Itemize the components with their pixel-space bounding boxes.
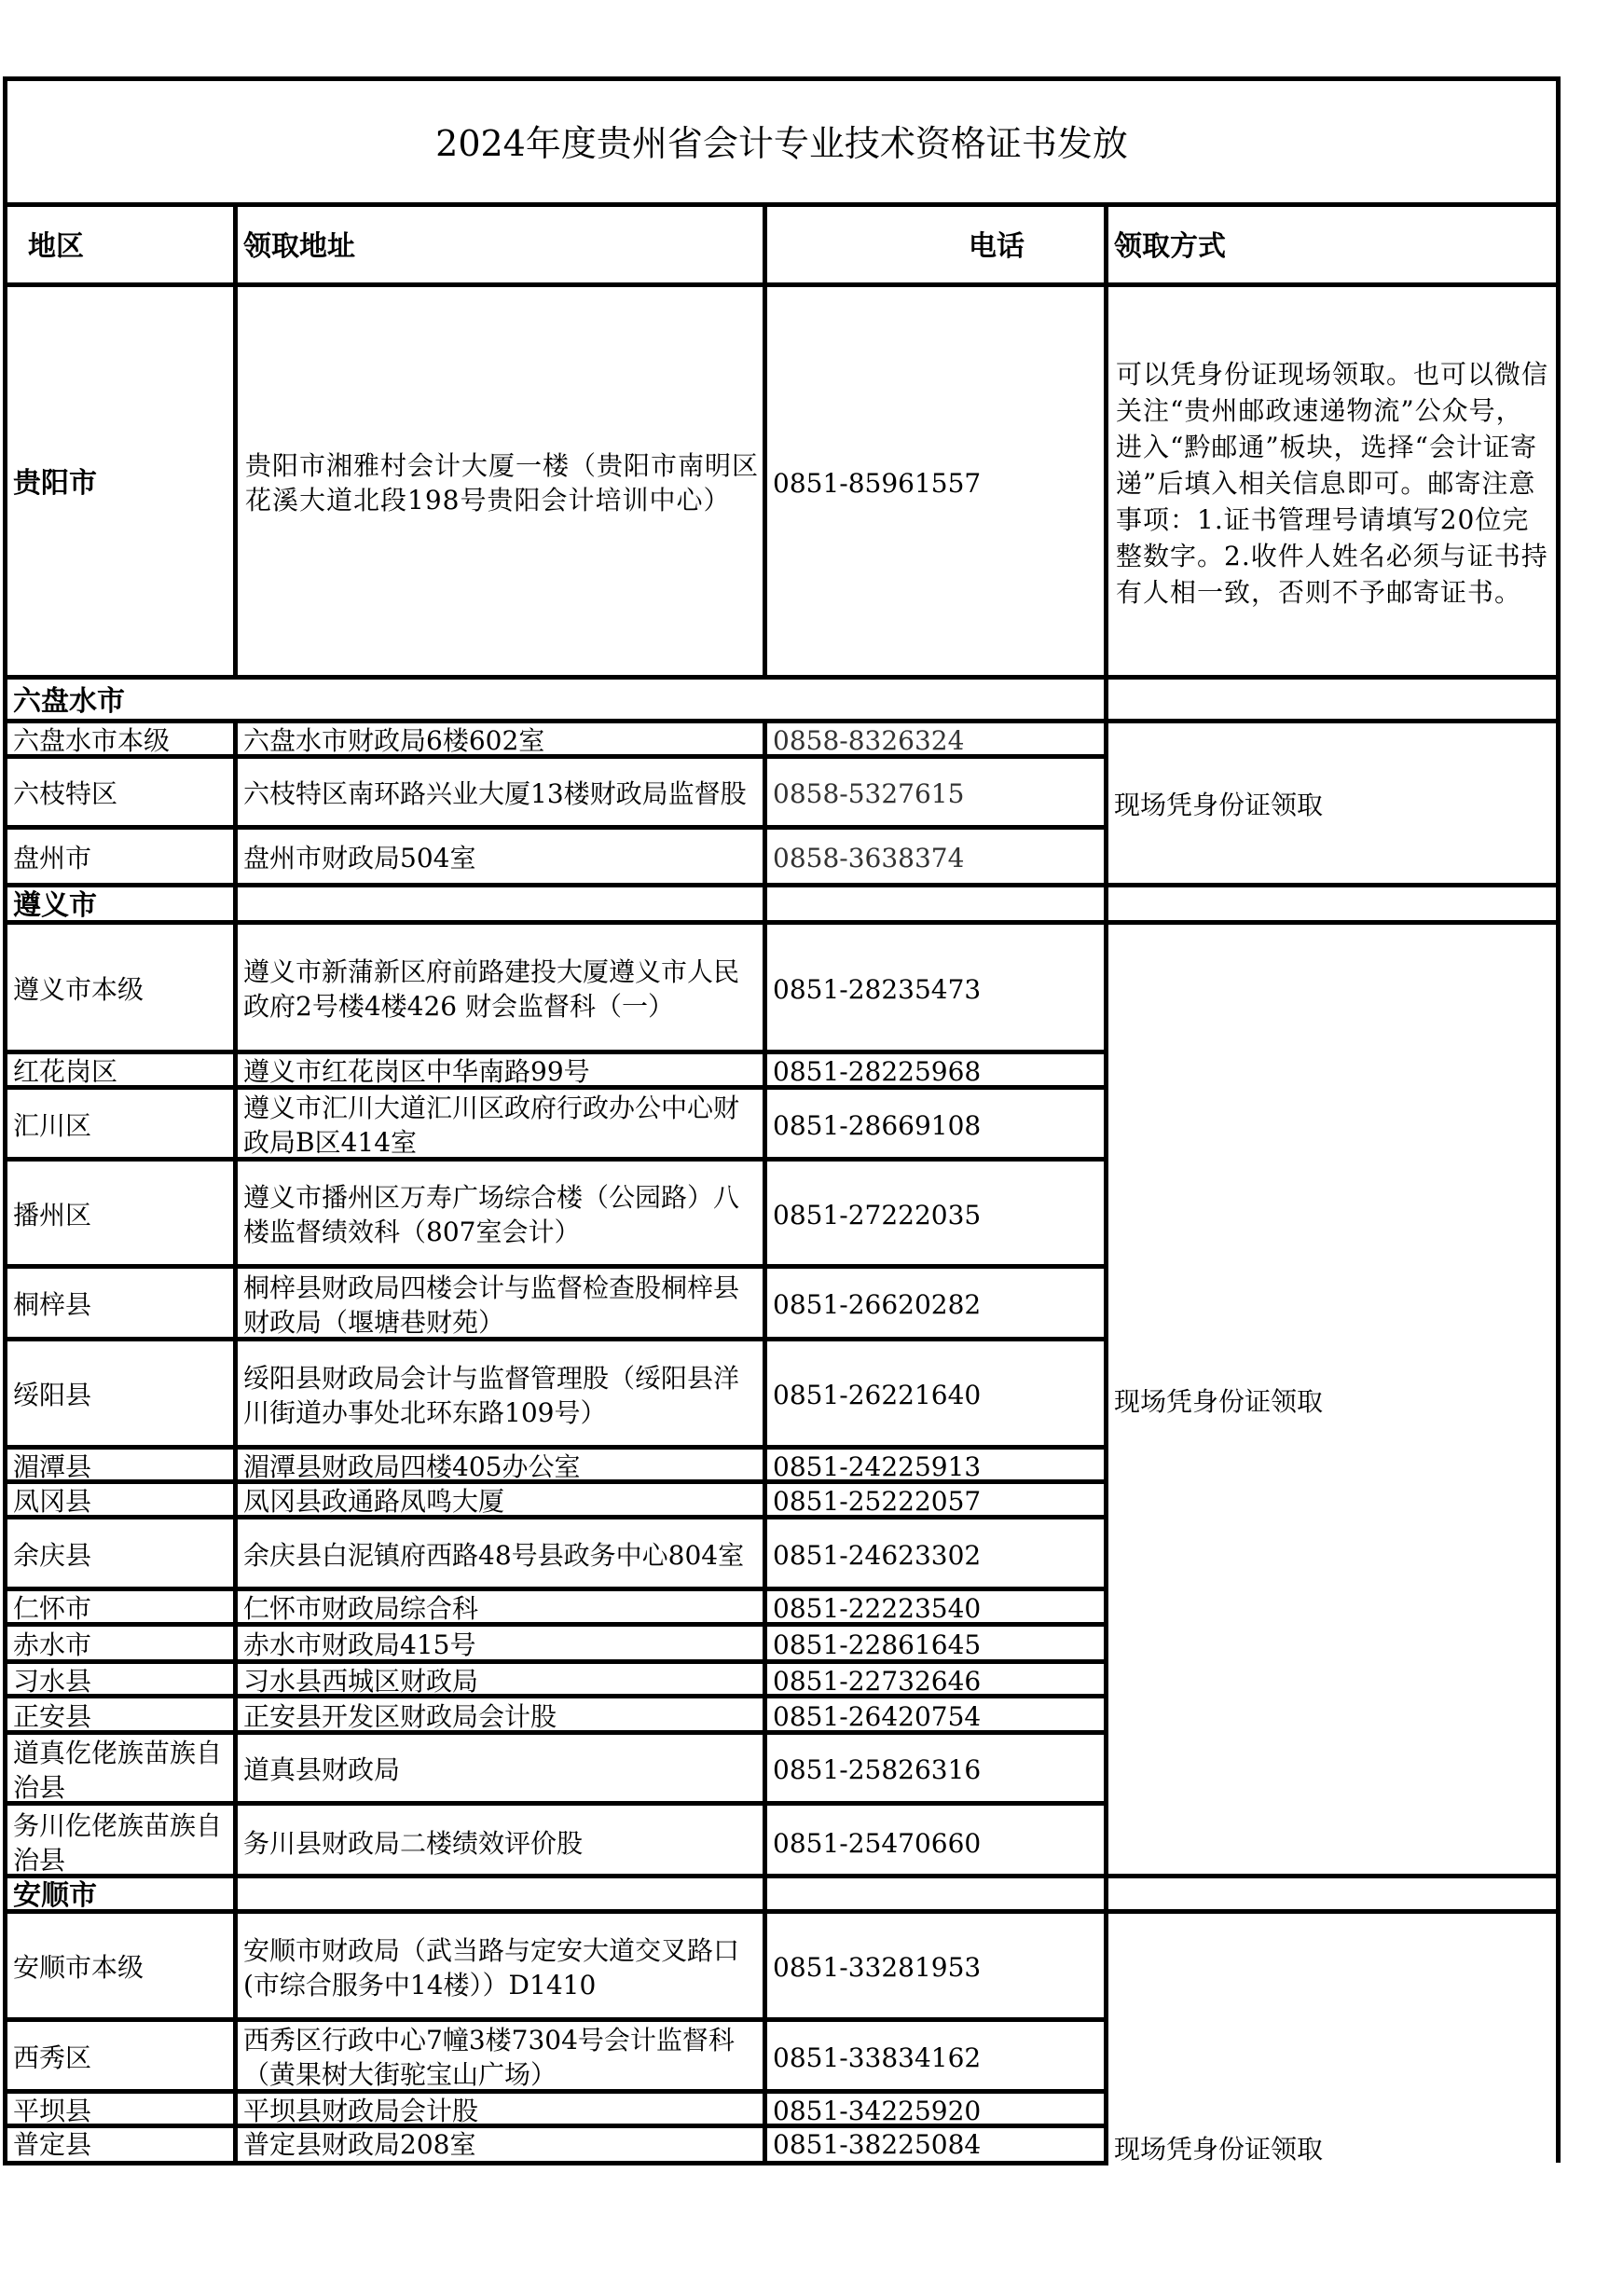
address-text: 遵义市播州区万寿广场综合楼（公园路）八楼监督绩效科（807室会计） — [243, 1180, 762, 1249]
address-text: 绥阳县财政局会计与监督管理股（绥阳县洋川街道办事处北环东路109号） — [243, 1361, 762, 1430]
table-row-region: 普定县 — [3, 2124, 238, 2165]
region-label: 桐梓县 — [13, 1287, 91, 1322]
phone-text: 0851-38225084 — [773, 2127, 981, 2162]
table-row-address: 遵义市播州区万寿广场综合楼（公园路）八楼监督绩效科（807室会计） — [233, 1157, 767, 1268]
table-row-region: 道真仡佬族苗族自治县 — [3, 1730, 238, 1805]
phone-text: 0851-85961557 — [773, 466, 981, 501]
table-row-region: 播州区 — [3, 1157, 238, 1268]
table-row-address: 遵义市汇川大道汇川区政府行政办公中心财政局B区414室 — [233, 1085, 767, 1161]
group-label: 六盘水市 — [13, 684, 125, 719]
table-row-address: 务川县财政局二楼绩效评价股 — [233, 1801, 767, 1880]
region-label: 六盘水市本级 — [13, 723, 170, 758]
address-text: 遵义市红花岗区中华南路99号 — [243, 1054, 590, 1089]
phone-text: 0851-24225913 — [773, 1450, 981, 1484]
region-label: 汇川区 — [13, 1108, 91, 1143]
method-anshun: 现场凭身份证领取 — [1104, 1909, 1561, 2163]
table-row-address: 遵义市新蒲新区府前路建投大厦遵义市人民政府2号楼4楼426 财会监督科（一） — [233, 920, 767, 1053]
phone-guiyang: 0851-85961557 — [763, 282, 1108, 679]
table-row-phone: 0851-26420754 — [763, 1694, 1108, 1734]
table-row-region: 赤水市 — [3, 1622, 238, 1663]
table-row-region: 遵义市本级 — [3, 920, 238, 1053]
table-row-region: 余庆县 — [3, 1515, 238, 1590]
address-text: 六枝特区南环路兴业大厦13楼财政局监督股 — [243, 777, 747, 811]
header-method: 领取方式 — [1104, 202, 1561, 286]
address-text: 西秀区行政中心7幢3楼7304号会计监督科（黄果树大街驼宝山广场） — [243, 2023, 762, 2092]
header-method-label: 领取方式 — [1114, 229, 1226, 264]
phone-text: 0851-25826316 — [773, 1753, 981, 1787]
table-row-address: 习水县西城区财政局 — [233, 1659, 767, 1698]
method-text: 可以凭身份证现场领取。也可以微信关注“贵州邮政速递物流”公众号，进入“黔邮通”板… — [1116, 356, 1548, 611]
group-anshun-phone-empty — [763, 1874, 1108, 1913]
region-label: 遵义市本级 — [13, 972, 144, 1007]
table-row-region: 六盘水市本级 — [3, 719, 238, 758]
table-row-region: 习水县 — [3, 1659, 238, 1698]
table-row-phone: 0858-5327615 — [763, 754, 1108, 829]
table-row-phone: 0851-28225968 — [763, 1050, 1108, 1089]
group-label: 遵义市 — [13, 888, 97, 923]
table-row-phone: 0851-24225913 — [763, 1445, 1108, 1483]
table-row-address: 六枝特区南环路兴业大厦13楼财政局监督股 — [233, 754, 767, 829]
table-row-region: 汇川区 — [3, 1085, 238, 1161]
region-label: 贵阳市 — [13, 466, 97, 501]
region-label: 平坝县 — [13, 2094, 91, 2128]
address-text: 贵阳市湘雅村会计大厦一楼（贵阳市南明区花溪大道北段198号贵阳会计培训中心） — [245, 448, 760, 517]
address-text: 遵义市新蒲新区府前路建投大厦遵义市人民政府2号楼4楼426 财会监督科（一） — [243, 955, 762, 1024]
region-label: 务川仡佬族苗族自治县 — [13, 1808, 232, 1877]
table-row-region: 红花岗区 — [3, 1050, 238, 1089]
address-text: 遵义市汇川大道汇川区政府行政办公中心财政局B区414室 — [243, 1091, 762, 1160]
region-label: 习水县 — [13, 1664, 91, 1698]
address-text: 仁怀市财政局综合科 — [243, 1591, 478, 1626]
table-row-region: 西秀区 — [3, 2017, 238, 2093]
address-text: 余庆县白泥镇府西路48号县政务中心804室 — [243, 1538, 744, 1573]
table-row-phone: 0851-22861645 — [763, 1622, 1108, 1663]
table-row-region: 绥阳县 — [3, 1337, 238, 1449]
table-row-phone: 0858-8326324 — [763, 719, 1108, 758]
address-guiyang: 贵阳市湘雅村会计大厦一楼（贵阳市南明区花溪大道北段198号贵阳会计培训中心） — [233, 282, 767, 679]
group-anshun-address-empty — [233, 1874, 767, 1913]
table-row-phone: 0851-27222035 — [763, 1157, 1108, 1268]
region-label: 赤水市 — [13, 1628, 91, 1662]
address-text: 盘州市财政局504室 — [243, 841, 475, 875]
method-zunyi: 现场凭身份证领取 — [1104, 920, 1561, 1877]
header-region-label: 地区 — [28, 229, 84, 264]
header-address: 领取地址 — [233, 202, 767, 286]
phone-text: 0851-28225968 — [773, 1054, 981, 1089]
table-row-address: 西秀区行政中心7幢3楼7304号会计监督科（黄果树大街驼宝山广场） — [233, 2017, 767, 2093]
phone-text: 0851-33281953 — [773, 1950, 981, 1985]
table-row-phone: 0851-24623302 — [763, 1515, 1108, 1590]
phone-text: 0851-26420754 — [773, 1699, 981, 1734]
region-label: 安顺市本级 — [13, 1950, 144, 1985]
table-row-phone: 0851-25470660 — [763, 1801, 1108, 1880]
table-row-address: 仁怀市财政局综合科 — [233, 1587, 767, 1626]
table-row-phone: 0851-22223540 — [763, 1587, 1108, 1626]
table-row-phone: 0851-25826316 — [763, 1730, 1108, 1805]
table-row-phone: 0851-28235473 — [763, 920, 1108, 1053]
table-row-address: 余庆县白泥镇府西路48号县政务中心804室 — [233, 1515, 767, 1590]
table-row-region: 仁怀市 — [3, 1587, 238, 1626]
table-row-phone: 0851-28669108 — [763, 1085, 1108, 1161]
method-text: 现场凭身份证领取 — [1114, 788, 1323, 822]
group-liupanshui-method-empty — [1104, 675, 1561, 722]
header-address-label: 领取地址 — [243, 229, 355, 264]
table-row-region: 湄潭县 — [3, 1445, 238, 1483]
phone-text: 0851-26620282 — [773, 1287, 981, 1322]
phone-text: 0851-25222057 — [773, 1484, 981, 1519]
table-row-region: 桐梓县 — [3, 1264, 238, 1340]
phone-text: 0858-3638374 — [773, 841, 964, 875]
address-text: 正安县开发区财政局会计股 — [243, 1699, 557, 1734]
table-row-phone: 0858-3638374 — [763, 825, 1108, 887]
address-text: 习水县西城区财政局 — [243, 1664, 478, 1698]
title-text: 2024年度贵州省会计专业技术资格证书发放 — [435, 127, 1128, 161]
table-row-region: 安顺市本级 — [3, 1909, 238, 2021]
method-text: 现场凭身份证领取 — [1114, 2132, 1323, 2163]
method-liupanshui: 现场凭身份证领取 — [1104, 719, 1561, 887]
table-row-phone: 0851-22732646 — [763, 1659, 1108, 1698]
phone-text: 0851-28235473 — [773, 972, 981, 1007]
group-zunyi-phone-empty — [763, 883, 1108, 924]
table-row-region: 盘州市 — [3, 825, 238, 887]
region-label: 盘州市 — [13, 841, 91, 875]
table-row-address: 遵义市红花岗区中华南路99号 — [233, 1050, 767, 1089]
phone-text: 0851-27222035 — [773, 1198, 981, 1232]
phone-text: 0851-34225920 — [773, 2094, 981, 2128]
phone-text: 0851-22861645 — [773, 1628, 981, 1662]
table-row-region: 六枝特区 — [3, 754, 238, 829]
table-row-address: 湄潭县财政局四楼405办公室 — [233, 1445, 767, 1483]
phone-text: 0851-22732646 — [773, 1664, 981, 1698]
region-label: 普定县 — [13, 2127, 91, 2162]
certificate-distribution-table: 2024年度贵州省会计专业技术资格证书发放 地区 领取地址 电话 领取方式 贵阳… — [0, 0, 1623, 2296]
table-row-address: 绥阳县财政局会计与监督管理股（绥阳县洋川街道办事处北环东路109号） — [233, 1337, 767, 1449]
group-zunyi: 遵义市 — [3, 883, 238, 924]
table-row-region: 平坝县 — [3, 2089, 238, 2127]
header-region: 地区 — [3, 202, 238, 286]
address-text: 安顺市财政局（武当路与定安大道交叉路口(市综合服务中14楼））D1410 — [243, 1933, 762, 2002]
header-phone: 电话 — [763, 202, 1108, 286]
table-row-phone: 0851-33281953 — [763, 1909, 1108, 2021]
group-anshun-method-empty — [1104, 1874, 1561, 1913]
header-phone-label: 电话 — [969, 229, 1025, 264]
region-guiyang: 贵阳市 — [3, 282, 238, 679]
table-row-address: 安顺市财政局（武当路与定安大道交叉路口(市综合服务中14楼））D1410 — [233, 1909, 767, 2021]
region-label: 西秀区 — [13, 2041, 91, 2075]
region-label: 仁怀市 — [13, 1591, 91, 1626]
table-row-phone: 0851-26221640 — [763, 1337, 1108, 1449]
table-row-address: 桐梓县财政局四楼会计与监督检查股桐梓县财政局（堰塘巷财苑） — [233, 1264, 767, 1340]
table-row-address: 平坝县财政局会计股 — [233, 2089, 767, 2127]
region-label: 红花岗区 — [13, 1054, 117, 1089]
table-row-region: 务川仡佬族苗族自治县 — [3, 1801, 238, 1880]
table-row-address: 道真县财政局 — [233, 1730, 767, 1805]
group-anshun: 安顺市 — [3, 1874, 238, 1913]
region-label: 湄潭县 — [13, 1450, 91, 1484]
group-zunyi-address-empty — [233, 883, 767, 924]
table-row-region: 正安县 — [3, 1694, 238, 1734]
region-label: 六枝特区 — [13, 777, 117, 811]
address-text: 道真县财政局 — [243, 1753, 400, 1787]
address-text: 凤冈县政通路凤鸣大厦 — [243, 1484, 504, 1519]
phone-text: 0851-28669108 — [773, 1108, 981, 1143]
region-label: 绥阳县 — [13, 1378, 91, 1412]
address-text: 赤水市财政局415号 — [243, 1628, 475, 1662]
region-label: 凤冈县 — [13, 1484, 91, 1519]
address-text: 平坝县财政局会计股 — [243, 2094, 478, 2128]
table-row-address: 普定县财政局208室 — [233, 2124, 767, 2165]
address-text: 桐梓县财政局四楼会计与监督检查股桐梓县财政局（堰塘巷财苑） — [243, 1271, 762, 1340]
region-label: 余庆县 — [13, 1538, 91, 1573]
address-text: 湄潭县财政局四楼405办公室 — [243, 1450, 580, 1484]
table-row-address: 六盘水市财政局6楼602室 — [233, 719, 767, 758]
table-row-address: 正安县开发区财政局会计股 — [233, 1694, 767, 1734]
table-row-region: 凤冈县 — [3, 1479, 238, 1519]
table-title: 2024年度贵州省会计专业技术资格证书发放 — [3, 76, 1561, 206]
address-text: 六盘水市财政局6楼602室 — [243, 723, 544, 758]
group-zunyi-method-empty — [1104, 883, 1561, 924]
table-row-phone: 0851-33834162 — [763, 2017, 1108, 2093]
phone-text: 0851-22223540 — [773, 1591, 981, 1626]
group-label: 安顺市 — [13, 1878, 97, 1913]
method-text: 现场凭身份证领取 — [1114, 1384, 1323, 1419]
method-guiyang: 可以凭身份证现场领取。也可以微信关注“贵州邮政速递物流”公众号，进入“黔邮通”板… — [1104, 282, 1561, 679]
group-liupanshui: 六盘水市 — [3, 675, 1108, 722]
address-text: 普定县财政局208室 — [243, 2127, 475, 2162]
region-label: 正安县 — [13, 1699, 91, 1734]
phone-text: 0851-33834162 — [773, 2041, 981, 2075]
table-row-phone: 0851-25222057 — [763, 1479, 1108, 1519]
address-text: 务川县财政局二楼绩效评价股 — [243, 1826, 583, 1861]
table-row-phone: 0851-34225920 — [763, 2089, 1108, 2127]
phone-text: 0851-24623302 — [773, 1538, 981, 1573]
phone-text: 0858-8326324 — [773, 723, 964, 758]
region-label: 播州区 — [13, 1198, 91, 1232]
phone-text: 0851-26221640 — [773, 1378, 981, 1412]
table-row-phone: 0851-38225084 — [763, 2124, 1108, 2165]
phone-text: 0851-25470660 — [773, 1826, 981, 1861]
table-row-address: 盘州市财政局504室 — [233, 825, 767, 887]
region-label: 道真仡佬族苗族自治县 — [13, 1736, 232, 1805]
table-row-address: 赤水市财政局415号 — [233, 1622, 767, 1663]
table-row-phone: 0851-26620282 — [763, 1264, 1108, 1340]
phone-text: 0858-5327615 — [773, 777, 964, 811]
table-row-address: 凤冈县政通路凤鸣大厦 — [233, 1479, 767, 1519]
